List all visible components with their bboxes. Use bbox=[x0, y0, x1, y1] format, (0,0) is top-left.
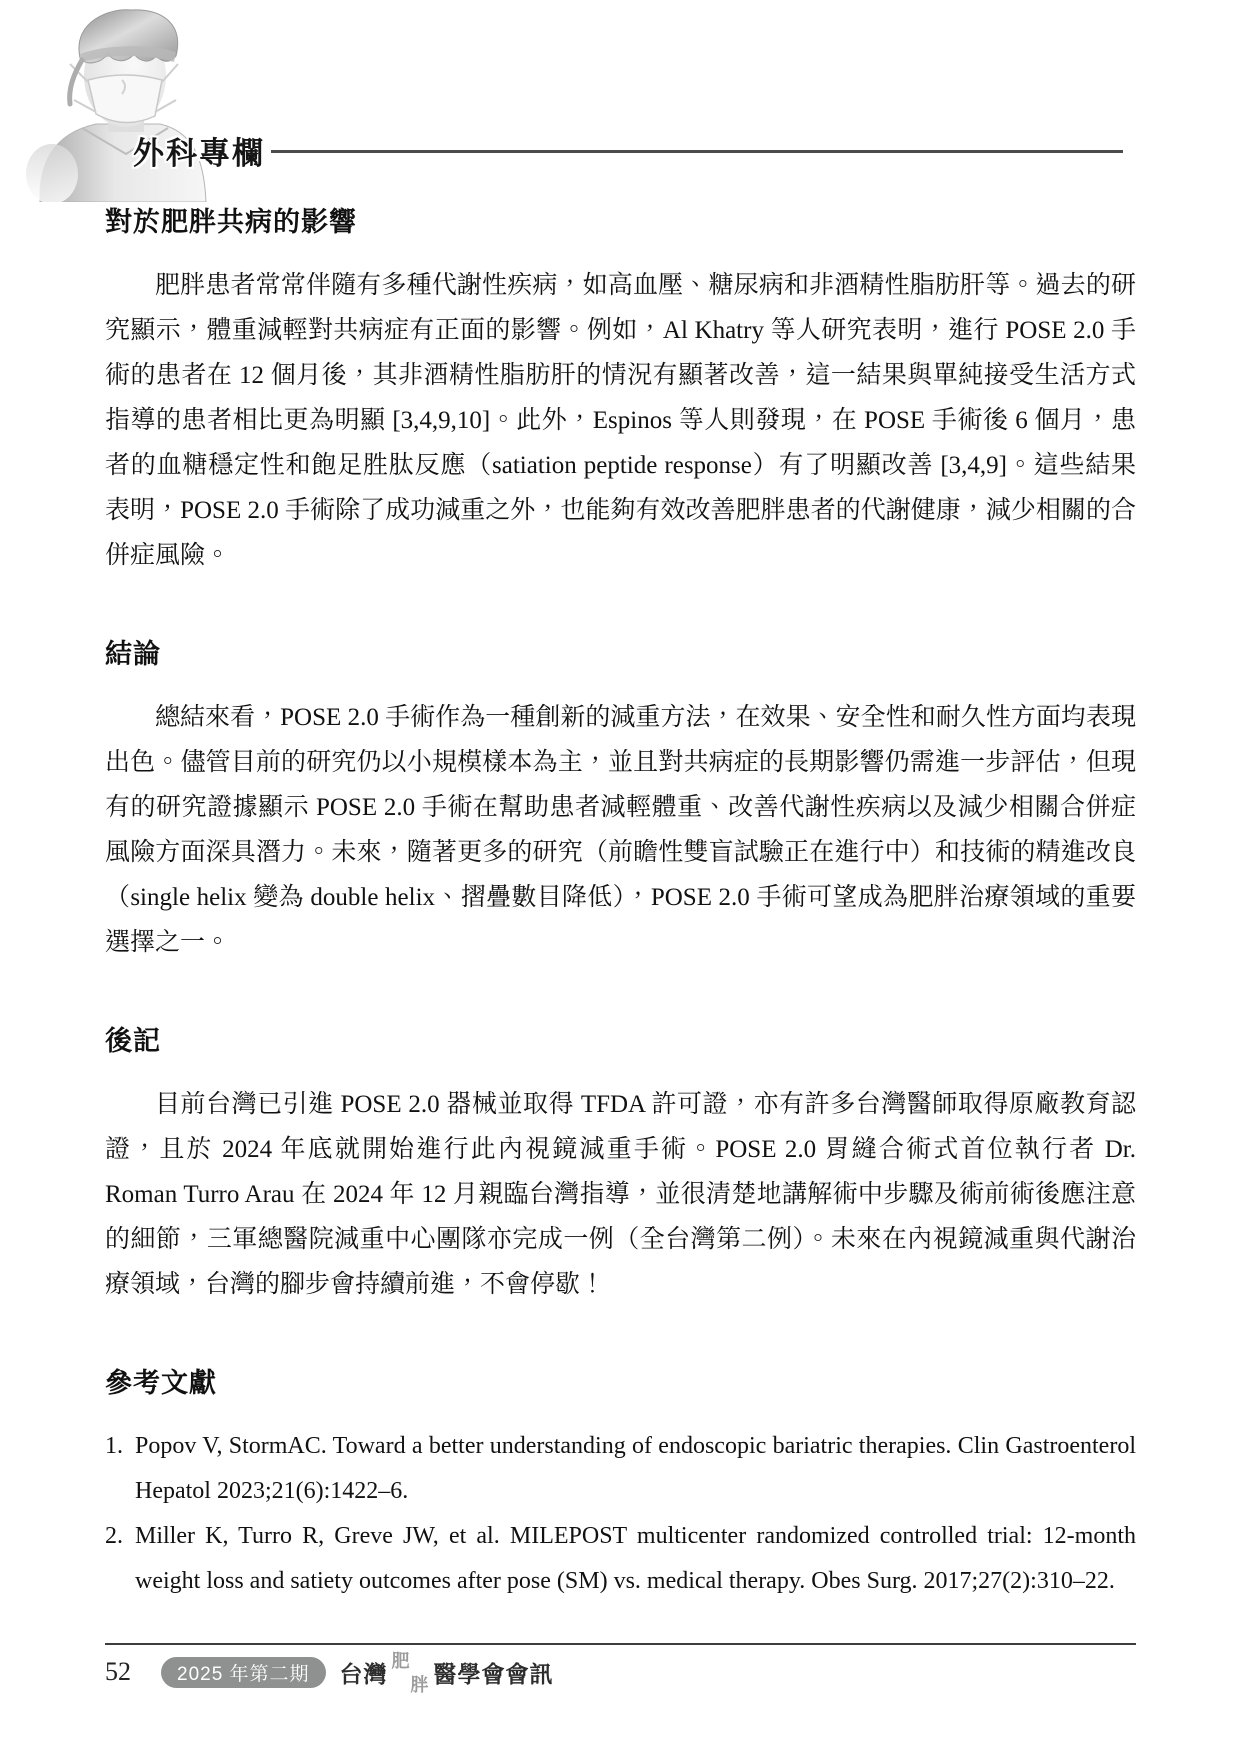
journal-page: 外科專欄 對於肥胖共病的影響 肥胖患者常常伴隨有多種代謝性疾病，如高血壓、糖尿病… bbox=[0, 0, 1241, 1754]
obesity-logo: 肥 胖 bbox=[392, 1650, 430, 1694]
section-comorbidity: 對於肥胖共病的影響 肥胖患者常常伴隨有多種代謝性疾病，如高血壓、糖尿病和非酒精性… bbox=[105, 200, 1136, 578]
issue-badge: 2025 年第二期 bbox=[161, 1657, 326, 1688]
journal-title: 台灣 肥 胖 醫學會會訊 bbox=[340, 1650, 554, 1694]
section-heading: 後記 bbox=[105, 1019, 1136, 1058]
header-rule bbox=[271, 150, 1123, 153]
reference-number: 2. bbox=[105, 1514, 123, 1559]
section-heading: 參考文獻 bbox=[105, 1361, 1136, 1400]
page-number: 52 bbox=[105, 1657, 131, 1687]
logo-char-bottom: 胖 bbox=[411, 1671, 430, 1697]
section-postscript: 後記 目前台灣已引進 POSE 2.0 器械並取得 TFDA 許可證，亦有許多台… bbox=[105, 1019, 1136, 1307]
reference-item: 1. Popov V, StormAC. Toward a better und… bbox=[105, 1424, 1136, 1514]
section-paragraph: 總結來看，POSE 2.0 手術作為一種創新的減重方法，在效果、安全性和耐久性方… bbox=[105, 695, 1136, 965]
reference-item: 2. Miller K, Turro R, Greve JW, et al. M… bbox=[105, 1514, 1136, 1604]
journal-prefix: 台灣 bbox=[340, 1656, 388, 1689]
footer: 52 2025 年第二期 台灣 肥 胖 醫學會會訊 bbox=[105, 1652, 1136, 1692]
references-list: 1. Popov V, StormAC. Toward a better und… bbox=[105, 1424, 1136, 1604]
journal-suffix: 醫學會會訊 bbox=[434, 1656, 554, 1689]
section-heading: 對於肥胖共病的影響 bbox=[105, 200, 1136, 239]
section-conclusion: 結論 總結來看，POSE 2.0 手術作為一種創新的減重方法，在效果、安全性和耐… bbox=[105, 632, 1136, 965]
section-paragraph: 目前台灣已引進 POSE 2.0 器械並取得 TFDA 許可證，亦有許多台灣醫師… bbox=[105, 1082, 1136, 1307]
logo-char-top: 肥 bbox=[392, 1647, 411, 1673]
column-title: 外科專欄 bbox=[133, 128, 265, 173]
header: 外科專欄 bbox=[133, 128, 1123, 172]
footer-rule bbox=[105, 1643, 1136, 1645]
section-references: 參考文獻 1. Popov V, StormAC. Toward a bette… bbox=[105, 1361, 1136, 1604]
section-heading: 結論 bbox=[105, 632, 1136, 671]
article-content: 對於肥胖共病的影響 肥胖患者常常伴隨有多種代謝性疾病，如高血壓、糖尿病和非酒精性… bbox=[105, 200, 1136, 1604]
reference-text: Miller K, Turro R, Greve JW, et al. MILE… bbox=[135, 1523, 1136, 1594]
reference-text: Popov V, StormAC. Toward a better unders… bbox=[135, 1433, 1136, 1504]
reference-number: 1. bbox=[105, 1424, 123, 1469]
section-paragraph: 肥胖患者常常伴隨有多種代謝性疾病，如高血壓、糖尿病和非酒精性脂肪肝等。過去的研究… bbox=[105, 263, 1136, 578]
